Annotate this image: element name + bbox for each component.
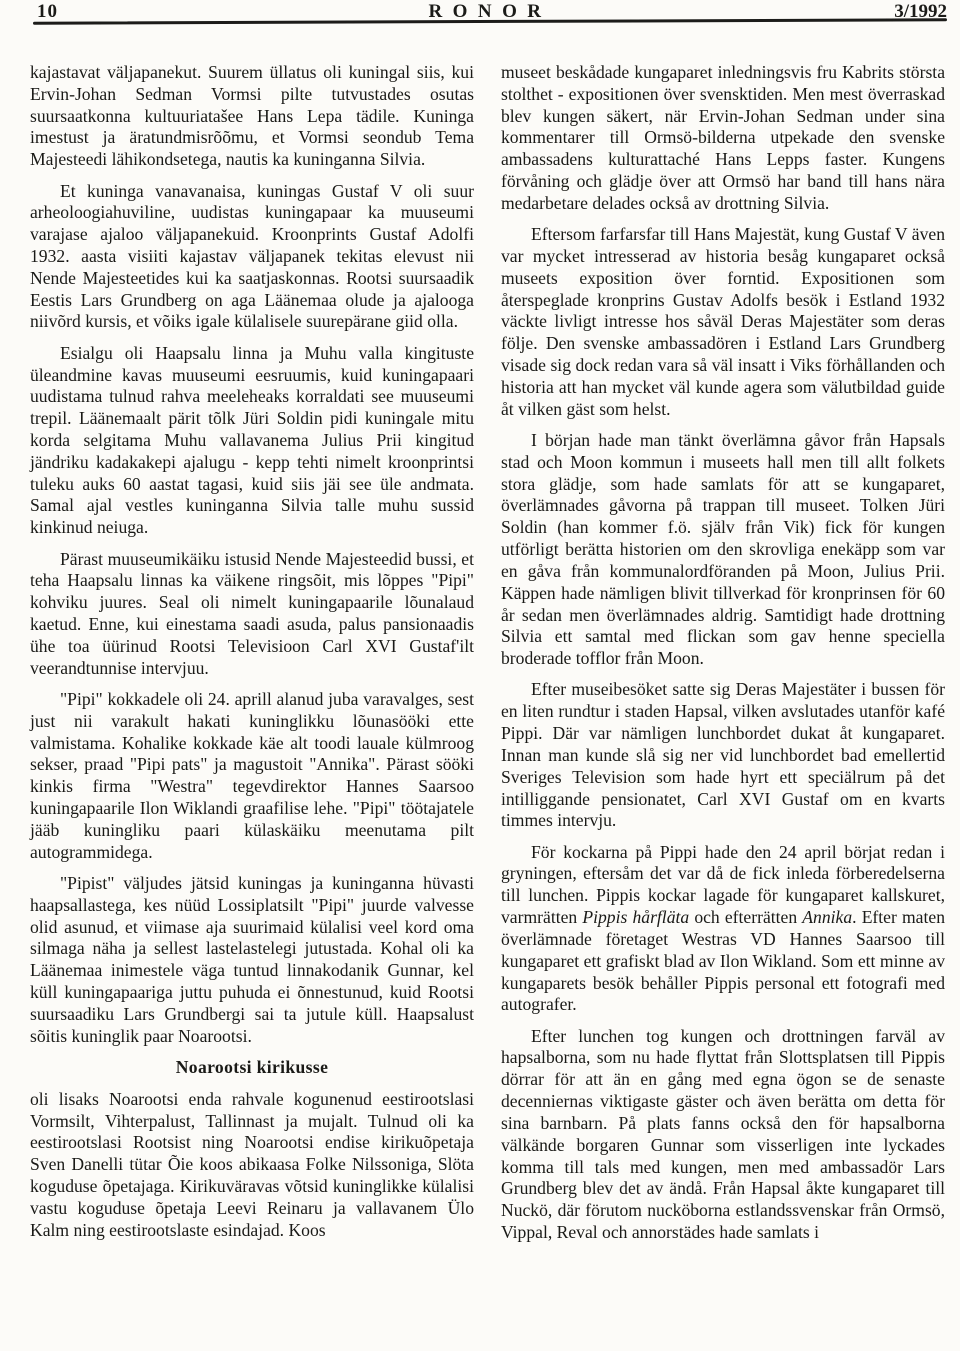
paragraph: "Pipi" kokkadele oli 24. aprill alanud j… — [30, 689, 474, 864]
text-run: Eftersom farfarsfar till Hans Majestät, … — [501, 224, 945, 419]
text-run: Esialgu oli Haapsalu linna ja Muhu valla… — [30, 343, 474, 538]
text-run: Annika — [802, 907, 852, 927]
text-run: Efter lunchen tog kungen och drottningen… — [501, 1026, 945, 1242]
paragraph: För kockarna på Pippi hade den 24 april … — [501, 842, 945, 1017]
paragraph: "Pipist" väljudes jätsid kuningas ja kun… — [30, 873, 474, 1048]
paragraph: oli lisaks Noarootsi enda rahvale kogune… — [30, 1089, 474, 1242]
paragraph: Et kuninga vanavanaisa, kuningas Gustaf … — [30, 181, 474, 334]
left-column-estonian-text: kajastavat väljapanekut. Suurem üllatus … — [30, 62, 474, 1253]
article-body: kajastavat väljapanekut. Suurem üllatus … — [30, 62, 945, 1253]
text-run: museet beskådade kungaparet inledningsvi… — [501, 62, 945, 213]
text-run: I början hade man tänkt överlämna gåvor … — [501, 430, 945, 668]
paragraph: museet beskådade kungaparet inledningsvi… — [501, 62, 945, 215]
right-column-swedish-text: museet beskådade kungaparet inledningsvi… — [501, 62, 945, 1253]
text-run: "Pipi" kokkadele oli 24. aprill alanud j… — [30, 689, 474, 862]
text-run: Pärast muuseumikäiku istusid Nende Majes… — [30, 549, 474, 678]
text-run: "Pipist" väljudes jätsid kuningas ja kun… — [30, 873, 474, 1046]
text-run: kajastavat väljapanekut. Suurem üllatus … — [30, 62, 474, 169]
section-heading: Noarootsi kirikusse — [30, 1057, 474, 1079]
text-run: Et kuninga vanavanaisa, kuningas Gustaf … — [30, 181, 474, 332]
paragraph: Efter lunchen tog kungen och drottningen… — [501, 1026, 945, 1244]
text-run: Pippis hårfläta — [582, 907, 689, 927]
paragraph: I början hade man tänkt överlämna gåvor … — [501, 430, 945, 670]
text-run: oli lisaks Noarootsi enda rahvale kogune… — [30, 1089, 474, 1240]
text-run: och efterrätten — [689, 907, 802, 927]
paragraph: Eftersom farfarsfar till Hans Majestät, … — [501, 224, 945, 420]
paragraph: Efter museibesöket satte sig Deras Majes… — [501, 679, 945, 832]
paragraph: Esialgu oli Haapsalu linna ja Muhu valla… — [30, 343, 474, 539]
scanned-journal-page: 10 RONOR 3/1992 kajastavat väljapanekut.… — [0, 0, 960, 1351]
paragraph: kajastavat väljapanekut. Suurem üllatus … — [30, 62, 474, 171]
text-run: Efter museibesöket satte sig Deras Majes… — [501, 679, 945, 830]
paragraph: Pärast muuseumikäiku istusid Nende Majes… — [30, 549, 474, 680]
page-number: 10 — [37, 1, 58, 23]
